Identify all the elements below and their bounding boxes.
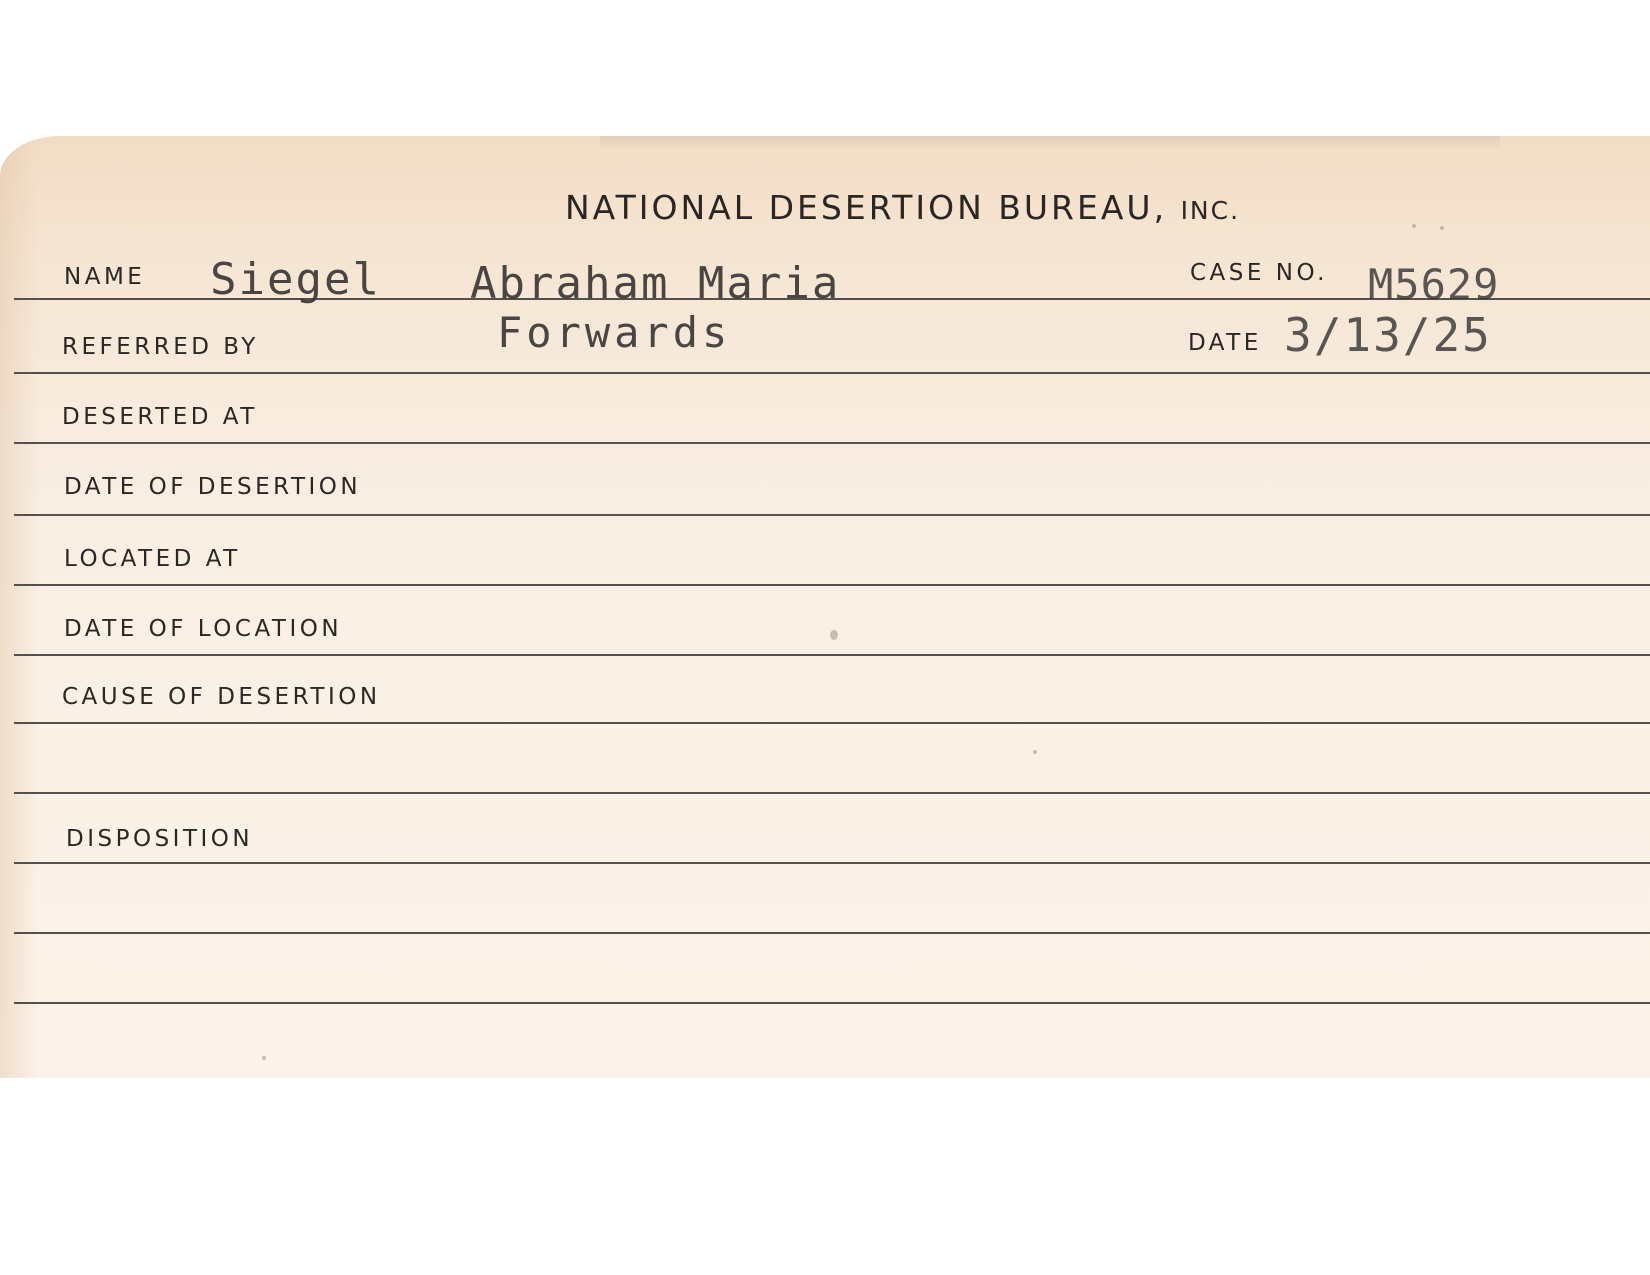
deserted-at-rule [14, 442, 1650, 444]
paper-speck [262, 1056, 266, 1060]
cause-of-desertion-rule-2 [14, 792, 1650, 794]
date-label: DATE [1188, 330, 1262, 356]
referred-by-label: REFERRED BY [62, 334, 259, 360]
name-given-value: Abraham Maria [470, 258, 840, 309]
disposition-rule [14, 862, 1650, 864]
date-value: 3/13/25 [1284, 308, 1492, 362]
case-no-value: M5629 [1368, 260, 1499, 309]
disposition-label: DISPOSITION [66, 826, 253, 852]
cause-of-desertion-rule [14, 722, 1650, 724]
deserted-at-label: DESERTED AT [62, 404, 258, 430]
name-label: NAME [64, 264, 145, 290]
date-of-desertion-rule [14, 514, 1650, 516]
bureau-name: NATIONAL DESERTION BUREAU, [565, 188, 1167, 227]
index-card: NATIONAL DESERTION BUREAU, INC. NAME Sie… [0, 136, 1650, 1078]
disposition-rule-3 [14, 1002, 1650, 1004]
date-of-location-label: DATE OF LOCATION [64, 616, 342, 642]
case-no-label: CASE NO. [1190, 260, 1328, 286]
paper-speck [1033, 750, 1037, 754]
date-of-desertion-label: DATE OF DESERTION [64, 474, 361, 500]
located-at-label: LOCATED AT [64, 546, 241, 572]
bureau-suffix: INC. [1181, 196, 1240, 225]
cause-of-desertion-label: CAUSE OF DESERTION [62, 684, 381, 710]
located-at-rule [14, 584, 1650, 586]
card-title: NATIONAL DESERTION BUREAU, INC. [0, 188, 1650, 227]
paper-speck [1440, 226, 1444, 230]
name-rule [14, 298, 1650, 300]
referred-by-value: Forwards [497, 308, 731, 357]
date-of-location-rule [14, 654, 1650, 656]
disposition-rule-2 [14, 932, 1650, 934]
referred-by-rule [14, 372, 1650, 374]
paper-speck [830, 630, 838, 640]
paper-speck [1412, 224, 1416, 228]
